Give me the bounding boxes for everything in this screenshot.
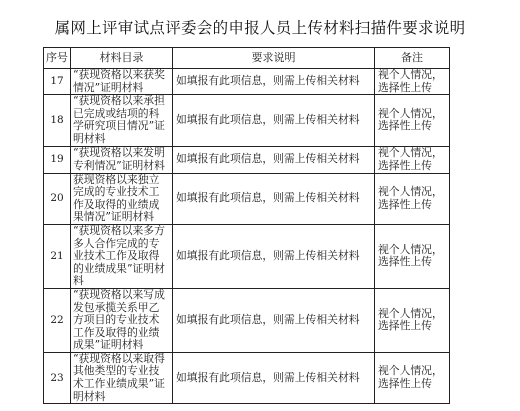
row-number: 17 xyxy=(44,69,71,95)
row-requirement: 如填报有此项信息，则需上传相关材料 xyxy=(173,352,375,403)
header-note: 备注 xyxy=(375,48,450,69)
row-requirement: 如填报有此项信息，则需上传相关材料 xyxy=(173,224,375,288)
row-requirement: 如填报有此项信息，则需上传相关材料 xyxy=(173,95,375,146)
header-requirement: 要求说明 xyxy=(173,48,375,69)
row-number: 21 xyxy=(44,224,71,288)
header-material: 材料目录 xyxy=(71,48,173,69)
row-number: 19 xyxy=(44,146,71,173)
row-number: 18 xyxy=(44,95,71,146)
row-requirement: 如填报有此项信息，则需上传相关材料 xyxy=(173,288,375,352)
row-number: 22 xyxy=(44,288,71,352)
row-note: 视个人情况，选择性上传 xyxy=(375,288,450,352)
table-row: 19“获现资格以来发明专利情况”证明材料如填报有此项信息，则需上传相关材料视个人… xyxy=(44,146,450,173)
row-material: “获现资格以来写成发包承揽关系甲乙方项目的专业技术工作及取得的业绩成果”证明材料 xyxy=(71,288,173,352)
document-title: 属网上评审试点评委会的申报人员上传材料扫描件要求说明 xyxy=(0,16,520,38)
row-number: 20 xyxy=(44,173,71,224)
row-material: “获现资格以来多方多人合作完成的专业技术工作及取得的业绩成果”证明材料 xyxy=(71,224,173,288)
row-requirement: 如填报有此项信息，则需上传相关材料 xyxy=(173,69,375,95)
row-number: 23 xyxy=(44,352,71,403)
row-note: 视个人情况，选择性上传 xyxy=(375,352,450,403)
table-header-row: 序号 材料目录 要求说明 备注 xyxy=(44,48,450,69)
table-row: 21“获现资格以来多方多人合作完成的专业技术工作及取得的业绩成果”证明材料如填报… xyxy=(44,224,450,288)
row-material: “获现资格以来承担已完成或结项的科学研究项目情况”证明材料 xyxy=(71,95,173,146)
row-note: 视个人情况，选择性上传 xyxy=(375,224,450,288)
header-number: 序号 xyxy=(44,48,71,69)
row-requirement: 如填报有此项信息，则需上传相关材料 xyxy=(173,146,375,173)
table-row: 18“获现资格以来承担已完成或结项的科学研究项目情况”证明材料如填报有此项信息，… xyxy=(44,95,450,146)
materials-table: 序号 材料目录 要求说明 备注 17“获现资格以来获奖情况”证明材料如填报有此项… xyxy=(43,47,450,404)
row-material: “获现资格以来发明专利情况”证明材料 xyxy=(71,146,173,173)
row-note: 视个人情况，选择性上传 xyxy=(375,95,450,146)
row-material: 获现资格以来独立完成的专业技术工作及取得的业绩成果情况”证明材料 xyxy=(71,173,173,224)
row-note: 视个人情况，选择性上传 xyxy=(375,173,450,224)
row-note: 视个人情况，选择性上传 xyxy=(375,146,450,173)
table-row: 17“获现资格以来获奖情况”证明材料如填报有此项信息，则需上传相关材料视个人情况… xyxy=(44,69,450,95)
row-requirement: 如填报有此项信息，则需上传相关材料 xyxy=(173,173,375,224)
row-note: 视个人情况，选择性上传 xyxy=(375,69,450,95)
row-material: “获现资格以来获奖情况”证明材料 xyxy=(71,69,173,95)
table-row: 20获现资格以来独立完成的专业技术工作及取得的业绩成果情况”证明材料如填报有此项… xyxy=(44,173,450,224)
row-material: “获现资格以来取得其他类型的专业技术工作业绩成果”证明材料 xyxy=(71,352,173,403)
table-row: 22“获现资格以来写成发包承揽关系甲乙方项目的专业技术工作及取得的业绩成果”证明… xyxy=(44,288,450,352)
table-row: 23“获现资格以来取得其他类型的专业技术工作业绩成果”证明材料如填报有此项信息，… xyxy=(44,352,450,403)
